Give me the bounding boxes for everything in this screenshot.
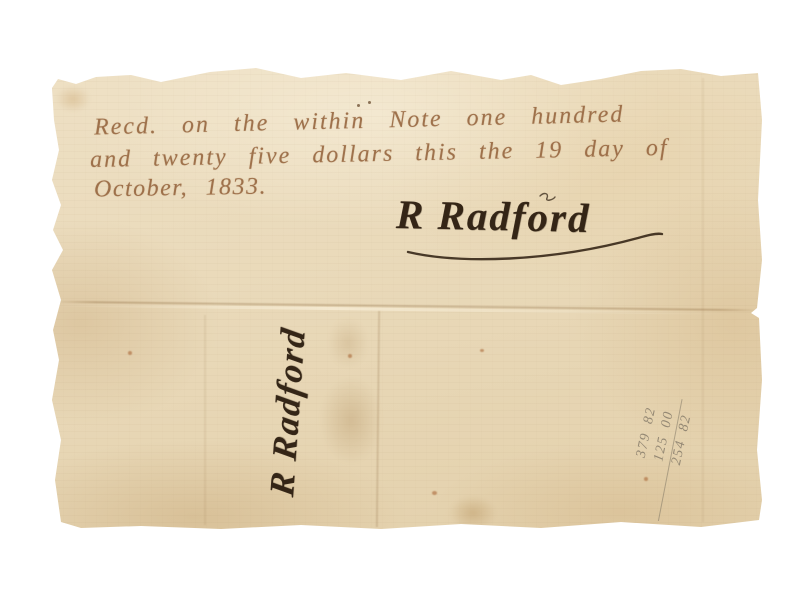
ink-dot: [368, 101, 371, 104]
paper-sheet: Recd. on the within Note one hundred and…: [52, 68, 762, 530]
photo-canvas: Recd. on the within Note one hundred and…: [0, 0, 800, 600]
foxing-speck: [432, 491, 437, 495]
pencil-figures: 379 82 125 00 254 82: [626, 405, 697, 500]
foxing-speck: [480, 349, 484, 352]
vertical-crease-center: [376, 311, 380, 527]
foxing-speck: [348, 354, 352, 358]
vertical-signature: R Radford: [260, 288, 320, 535]
stain-fold-smudge-upper: [328, 318, 368, 368]
foxing-speck: [128, 351, 132, 355]
body-text-line-2: and twenty five dollars this the 19 day …: [90, 135, 669, 174]
main-signature: R Radford: [396, 190, 592, 242]
stain-top-left-corner: [56, 86, 90, 112]
body-text-line-1: Recd. on the within Note one hundred: [94, 102, 625, 142]
vertical-crease-left: [204, 315, 206, 525]
stain-bottom-center: [450, 496, 496, 530]
body-text-line-3: October, 1833.: [94, 173, 267, 203]
vertical-crease-right: [702, 78, 704, 522]
ink-dot: [357, 104, 360, 107]
stain-fold-smudge: [320, 376, 382, 464]
